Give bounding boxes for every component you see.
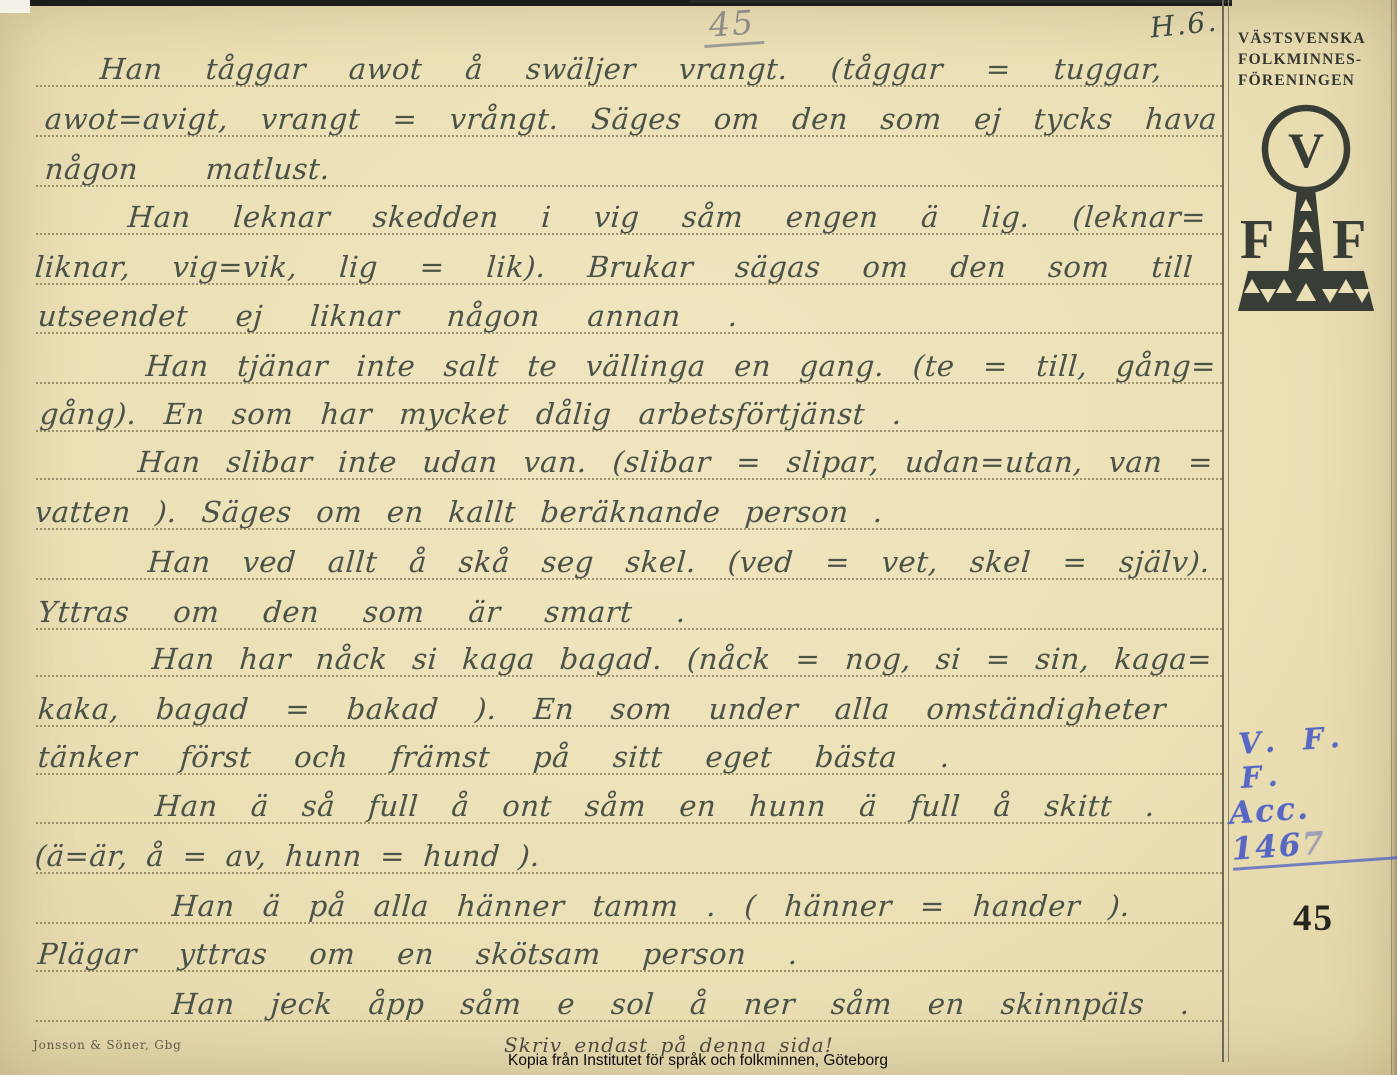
manuscript-line: awot=avigt, vrangt = vrångt. Säges om de…: [44, 98, 1219, 140]
pencil-page-number: 45: [702, 2, 765, 48]
printed-page-number: 45: [1293, 897, 1334, 940]
manuscript-line: Han tåggar awot å swäljer vrangt. (tågga…: [99, 48, 1164, 90]
margin-separator-line: [1222, 0, 1224, 1062]
manuscript-line: Han slibar inte udan van. (slibar = slip…: [137, 441, 1215, 483]
organization-name-line1: VÄSTSVENSKA: [1238, 28, 1390, 49]
scan-edge-strip-thin: [690, 0, 1232, 3]
organization-name-line2: FOLKMINNES-: [1238, 49, 1390, 70]
manuscript-line: Plägar yttras om en skötsam person .: [37, 933, 800, 975]
manuscript-line: (ä=är, å = av, hunn = hund ).: [34, 835, 542, 877]
manuscript-line: Han ä så full å ont såm en hunn ä full å…: [154, 785, 1157, 827]
manuscript-line: tänker först och främst på sitt eget bäs…: [37, 736, 952, 778]
margin-separator-line-thin: [1228, 0, 1229, 1062]
manuscript-scan-page: 45 H.6. Han tåggar awot å swäljer vrangt…: [0, 0, 1397, 1075]
organization-name: VÄSTSVENSKA FOLKMINNES- FÖRENINGEN: [1238, 28, 1390, 91]
logo-letter-f-left: F: [1240, 209, 1274, 271]
stamp-accession-main: Acc. 146: [1228, 790, 1311, 867]
logo-letter-v: V: [1288, 122, 1324, 178]
manuscript-line: Yttras om den som är smart .: [37, 591, 688, 633]
stamp-accession-number: Acc. 1467: [1228, 784, 1397, 871]
manuscript-line: Han leknar skedden i vig såm engen ä lig…: [127, 196, 1208, 238]
manuscript-line: Han har nåck si kaga bagad. (nåck = nog,…: [151, 638, 1214, 680]
manuscript-line: liknar, vig=vik, lig = lik). Brukar säga…: [34, 246, 1195, 288]
manuscript-line: Han tjänar inte salt te vällinga en gang…: [145, 345, 1218, 387]
manuscript-line: Han ä på alla hänner tamm . ( hänner = h…: [171, 885, 1132, 927]
printer-mark: Jonsson & Söner, Gbg: [33, 1038, 182, 1052]
stamp-accession-faint-digit: 7: [1301, 825, 1327, 863]
logo-letter-f-right: F: [1332, 209, 1366, 271]
scan-right-edge-line: [1391, 0, 1392, 1075]
vff-thor-hammer-logo-icon: V F F: [1238, 103, 1374, 318]
scan-corner-highlight: [0, 0, 30, 13]
archive-copy-caption: Kopia från Institutet för språk och folk…: [508, 1052, 888, 1070]
organization-name-line3: FÖRENINGEN: [1238, 70, 1390, 91]
manuscript-line: kaka, bagad = bakad ). En som under alla…: [37, 688, 1168, 730]
manuscript-line: utseendet ej liknar någon annan .: [37, 295, 740, 337]
archive-note: H.6.: [1148, 5, 1219, 45]
accession-stamp: V. F. F. Acc. 1467: [1223, 716, 1397, 870]
manuscript-line: Han jeck åpp såm e sol å ner såm en skin…: [171, 983, 1192, 1025]
manuscript-line: någon matlust.: [44, 148, 332, 190]
manuscript-line: vatten ). Säges om en kallt beräknande p…: [34, 491, 885, 533]
manuscript-line: Han ved allt å skå seg skel. (ved = vet,…: [147, 541, 1212, 583]
stamp-initials: V. F. F.: [1223, 716, 1396, 796]
manuscript-line: gång). En som har mycket dålig arbetsför…: [39, 393, 904, 435]
